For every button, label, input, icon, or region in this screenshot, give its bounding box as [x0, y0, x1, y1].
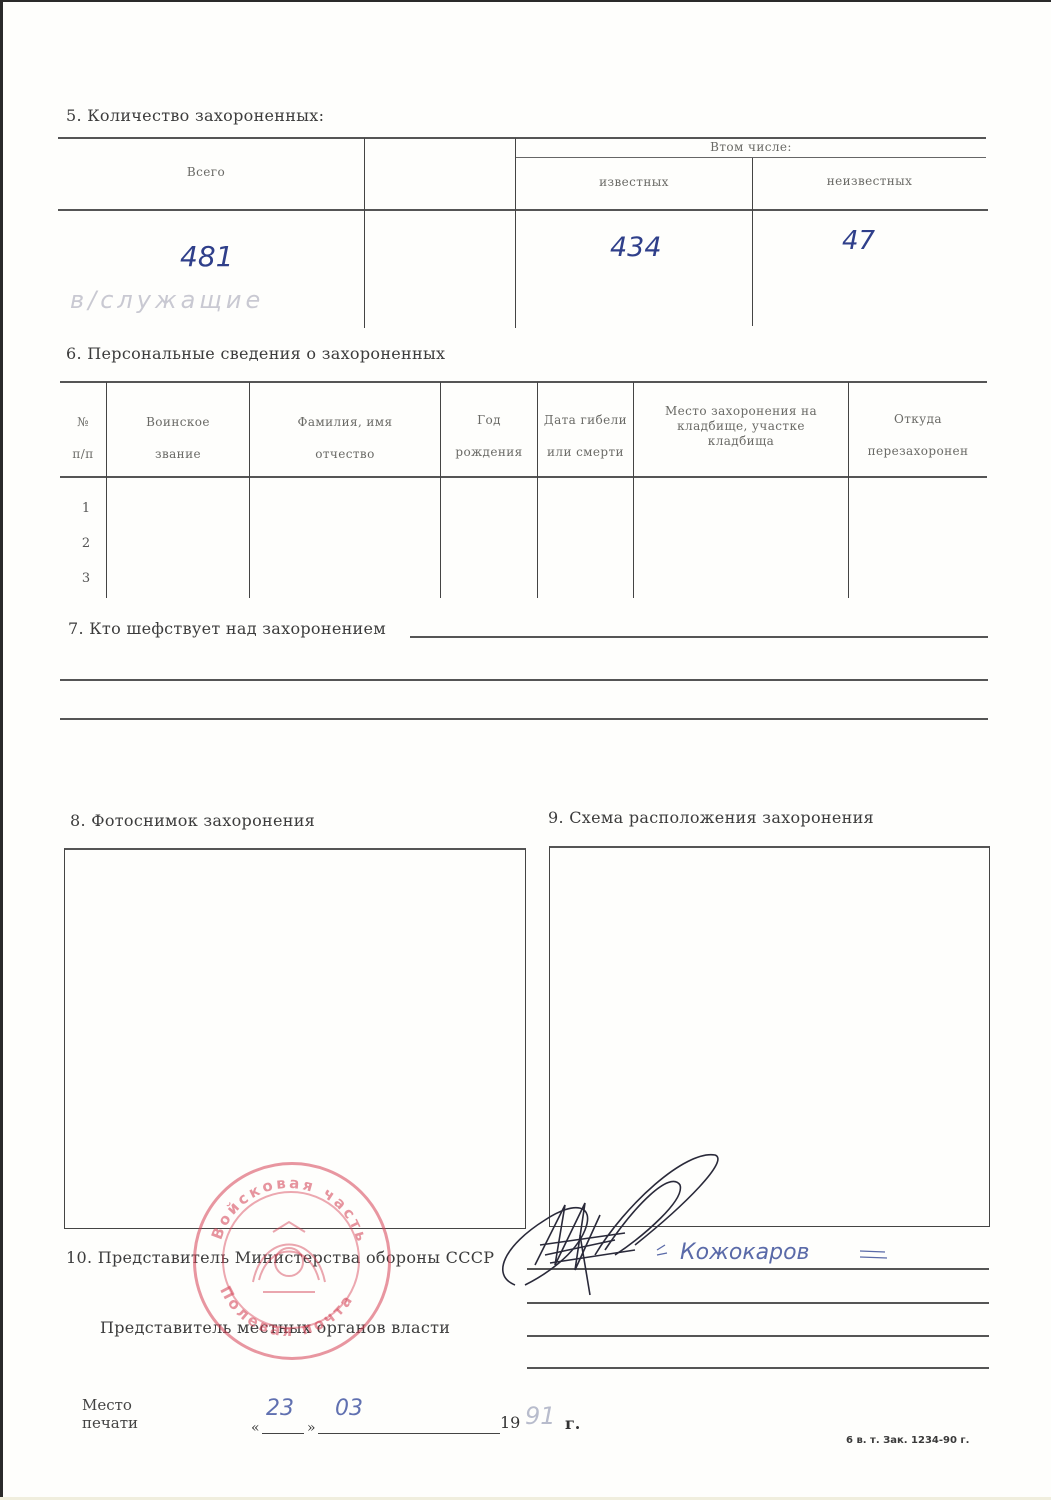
print-order-code: 6 в. т. Зак. 1234-90 г. — [846, 1435, 969, 1446]
header-including: Втом числе: — [516, 139, 986, 155]
value-unknown: 47 — [842, 226, 875, 256]
col-header-birth-year: Год рождения — [441, 404, 537, 468]
date-day: 23 — [266, 1396, 294, 1421]
section7-title: 7. Кто шефствует над захоронением — [68, 619, 386, 638]
value-known: 434 — [610, 232, 662, 263]
column-divider — [515, 138, 516, 328]
page-edge — [0, 0, 3, 1500]
col-header-line: рождения — [441, 436, 537, 468]
col-header-line: или смерти — [538, 436, 633, 468]
column-divider — [364, 138, 365, 328]
section6-title: 6. Персональные сведения о захороненных — [66, 344, 445, 363]
header-known: известных — [516, 174, 752, 190]
date-month: 03 — [335, 1396, 363, 1421]
page-edge — [0, 0, 1051, 2]
subheader-rule — [516, 157, 986, 158]
patron-field-line[interactable] — [60, 718, 988, 720]
seal-place-line: печати — [82, 1414, 138, 1432]
svg-text:Войсковая часть: Войсковая часть — [208, 1174, 372, 1246]
local-signature-line[interactable] — [527, 1335, 989, 1337]
header-total: Всего — [58, 164, 354, 180]
stamp-text-top: Войсковая часть — [208, 1174, 372, 1246]
section9-title: 9. Схема расположения захоронения — [548, 808, 874, 827]
table-row-number: 3 — [76, 571, 96, 586]
section5-title: 5. Количество захороненных: — [66, 106, 324, 125]
stamp-emblem-icon: Войсковая часть Полевая почта — [193, 1162, 385, 1354]
col-header-num: № п/п — [60, 406, 106, 470]
quote-mark: « — [251, 1420, 260, 1436]
col-header-line: Откуда — [849, 403, 987, 435]
header-bottom-rule — [58, 209, 988, 211]
table-row-number: 1 — [76, 501, 96, 516]
value-note: в/служащие — [70, 286, 264, 314]
year-suffix: 91 — [525, 1402, 556, 1430]
col-header-line: отчество — [250, 438, 440, 470]
col-header-from: Откуда перезахоронен — [849, 403, 987, 467]
year-unit: г. — [565, 1414, 580, 1433]
signature-icon: Кожокаров — [485, 1145, 905, 1305]
table-row-number: 2 — [76, 536, 96, 551]
year-prefix: 19 — [500, 1413, 520, 1432]
col-header-line: звание — [107, 438, 249, 470]
patron-field-line[interactable] — [410, 636, 988, 638]
col-header-line: Воинское — [107, 406, 249, 438]
section8-title: 8. Фотоснимок захоронения — [70, 811, 315, 830]
day-line — [262, 1433, 304, 1434]
col-header-line: Год — [441, 404, 537, 436]
col-header-line: перезахоронен — [849, 435, 987, 467]
signature-line[interactable] — [527, 1367, 989, 1369]
patron-field-line[interactable] — [60, 679, 988, 681]
col-header-name: Фамилия, имя отчество — [250, 406, 440, 470]
header-unknown: неизвестных — [753, 173, 986, 189]
col-header-death-date: Дата гибели или смерти — [538, 404, 633, 468]
col-header-line: кладбище, участке — [634, 419, 848, 434]
col-header-line: Дата гибели — [538, 404, 633, 436]
value-total: 481 — [180, 240, 233, 273]
col-header-line: Место захоронения на — [634, 404, 848, 419]
seal-place-line: Место — [82, 1396, 138, 1414]
col-header-line: кладбища — [634, 434, 848, 449]
quote-mark: » — [307, 1420, 316, 1436]
seal-place-label: Место печати — [82, 1396, 138, 1432]
col-header-line: № — [60, 406, 106, 438]
col-header-line: Фамилия, имя — [250, 406, 440, 438]
col-header-line: п/п — [60, 438, 106, 470]
signature-name: Кожокаров — [680, 1240, 810, 1265]
month-line — [318, 1433, 500, 1434]
col-header-place: Место захоронения на кладбище, участке к… — [634, 404, 848, 449]
col-header-rank: Воинское звание — [107, 406, 249, 470]
